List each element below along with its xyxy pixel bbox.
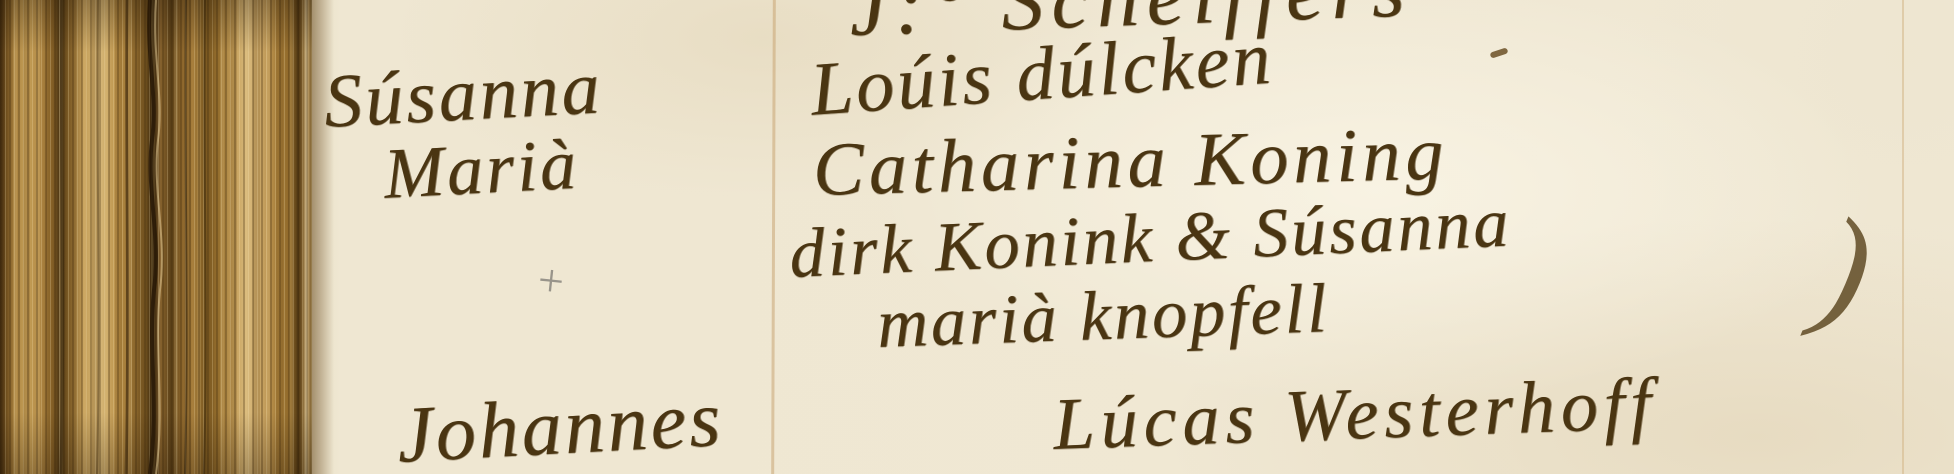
child-middle-name: Marià — [382, 128, 581, 210]
manuscript-scan: J:° Scheiffers Súsanna Loúis dúlcken Mar… — [0, 0, 1954, 474]
right-margin-line — [1902, 0, 1904, 474]
book-fore-edge — [0, 0, 312, 474]
fore-edge-texture — [0, 0, 312, 474]
next-entry-parent-name: Lúcas Westerhoff — [1052, 367, 1658, 462]
next-entry-child-name: Johannes — [395, 379, 725, 474]
witnesses-line-2: marià knopfell — [876, 274, 1330, 360]
pencil-cross-mark: + — [536, 257, 567, 305]
